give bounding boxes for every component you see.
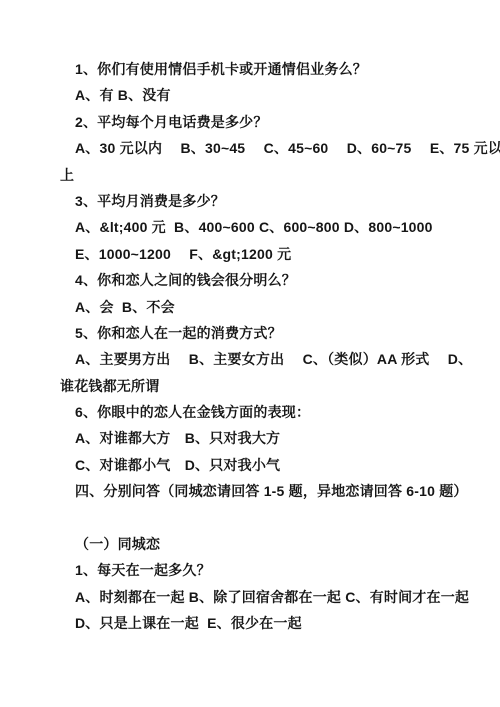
question-6-options-2: C、对谁都小气 D、只对我小气 bbox=[60, 452, 462, 478]
question-6-options-1: A、对谁都大方 B、只对我大方 bbox=[60, 425, 462, 451]
question-2: 2、平均每个月电话费是多少？ bbox=[60, 109, 462, 135]
question-2-options-wrap: 上 bbox=[60, 162, 462, 188]
question-2-options: A、30 元以内 B、30~45 C、45~60 D、60~75 E、75 元以 bbox=[60, 135, 462, 161]
question-4: 4、你和恋人之间的钱会很分明么？ bbox=[60, 267, 462, 293]
document-content: 1、你们有使用情侣手机卡或开通情侣业务么？ A、有 B、没有 2、平均每个月电话… bbox=[0, 0, 500, 637]
question-4-options: A、会 B、不会 bbox=[60, 294, 462, 320]
sub-question-1-options-2: D、只是上课在一起 E、很少在一起 bbox=[60, 610, 462, 636]
sub-question-1-options-1: A、时刻都在一起 B、除了回宿舍都在一起 C、有时间才在一起 bbox=[60, 584, 462, 610]
question-5-options: A、主要男方出 B、主要女方出 C、（类似）AA 形式 D、 bbox=[60, 346, 462, 372]
section-4-heading: 四、分别问答（同城恋请回答 1-5 题，异地恋请回答 6-10 题） bbox=[60, 478, 462, 504]
document-page: 1、你们有使用情侣手机卡或开通情侣业务么？ A、有 B、没有 2、平均每个月电话… bbox=[0, 0, 500, 707]
sub-question-1: 1、每天在一起多久？ bbox=[60, 557, 462, 583]
question-6: 6、你眼中的恋人在金钱方面的表现： bbox=[60, 399, 462, 425]
question-1: 1、你们有使用情侣手机卡或开通情侣业务么？ bbox=[60, 56, 462, 82]
question-3-options-1: A、&lt;400 元 B、400~600 C、600~800 D、800~10… bbox=[60, 214, 462, 240]
question-5-options-wrap: 谁花钱都无所谓 bbox=[60, 373, 462, 399]
blank-line bbox=[60, 505, 462, 531]
question-3: 3、平均月消费是多少？ bbox=[60, 188, 462, 214]
question-5: 5、你和恋人在一起的消费方式？ bbox=[60, 320, 462, 346]
subsection-1-heading: （一）同城恋 bbox=[60, 531, 462, 557]
question-1-options: A、有 B、没有 bbox=[60, 82, 462, 108]
question-3-options-2: E、1000~1200 F、&gt;1200 元 bbox=[60, 241, 462, 267]
